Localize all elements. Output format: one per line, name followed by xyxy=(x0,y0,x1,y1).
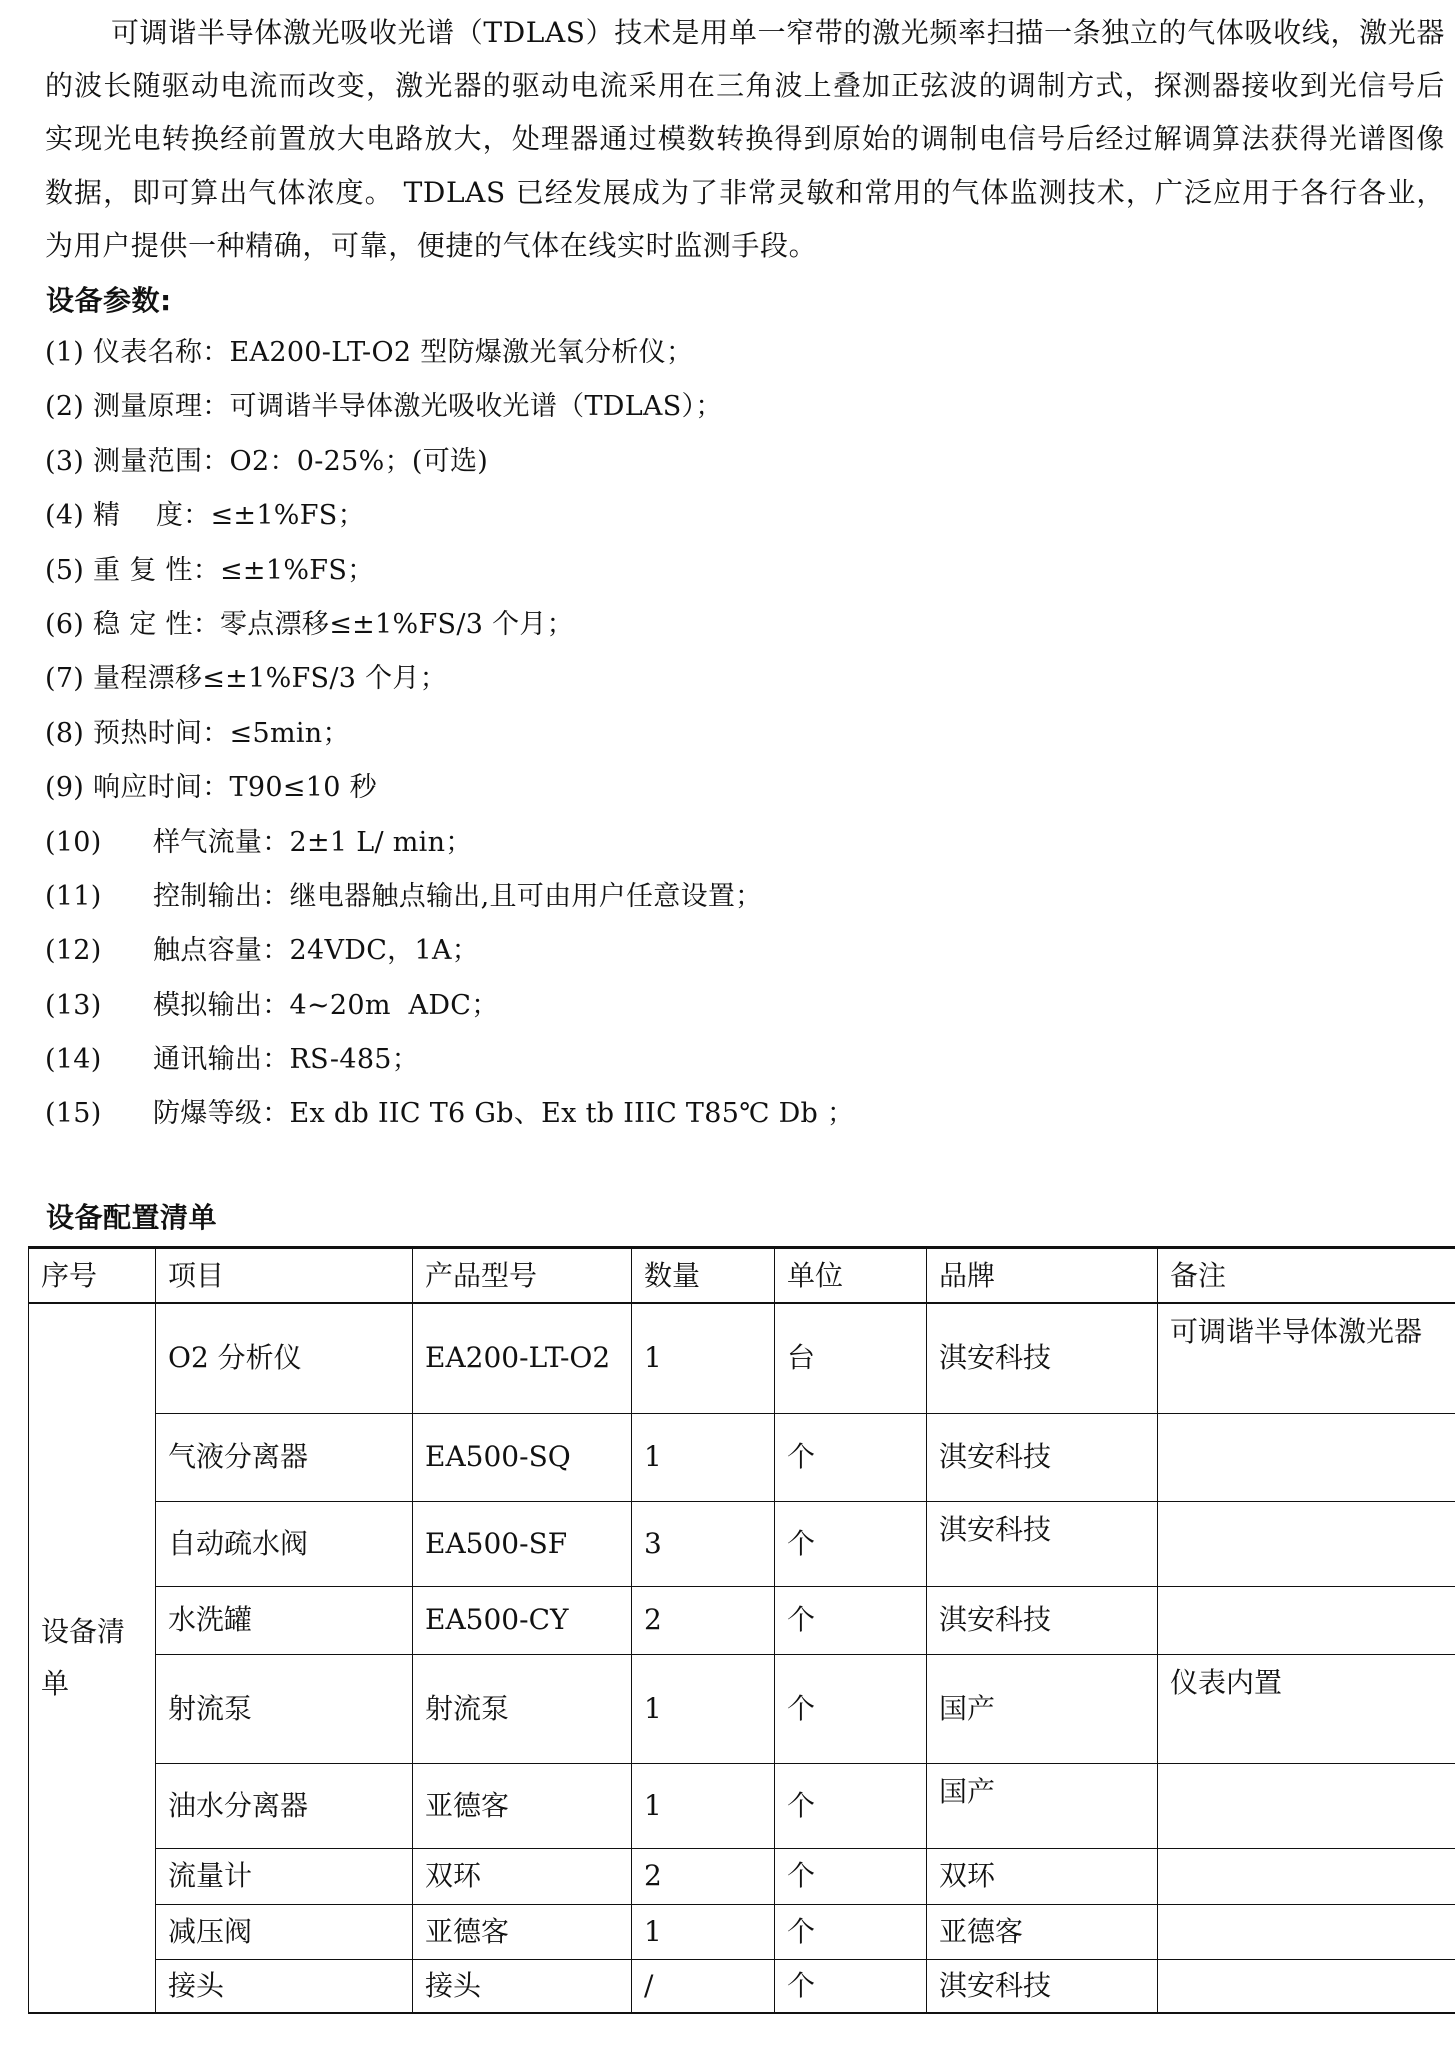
specs-heading: 设备参数: xyxy=(46,281,172,321)
table-row: 油水分离器 亚德客 1 个 国产 xyxy=(29,1763,1455,1848)
spec-item: (2) 测量原理：可调谐半导体激光吸收光谱（TDLAS）； xyxy=(45,380,854,434)
header-cell: 单位 xyxy=(775,1248,927,1304)
spec-item: (9) 响应时间：T90≤10 秒 xyxy=(45,761,854,815)
header-cell: 项目 xyxy=(156,1248,413,1304)
spec-item: (14)通讯输出：RS-485； xyxy=(45,1033,854,1087)
spec-item: (10)样气流量：2±1 L/ min； xyxy=(45,816,854,870)
header-cell: 备注 xyxy=(1158,1248,1455,1304)
spec-item: (8) 预热时间：≤5min； xyxy=(45,707,854,761)
spec-item: (1) 仪表名称：EA200-LT-O2 型防爆激光氧分析仪； xyxy=(45,326,854,380)
table-row: 接头 接头 / 个 淇安科技 xyxy=(29,1959,1455,2013)
table-row: 自动疏水阀 EA500-SF 3 个 淇安科技 xyxy=(29,1501,1455,1586)
header-cell: 品牌 xyxy=(927,1248,1158,1304)
table-row: 水洗罐 EA500-CY 2 个 淇安科技 xyxy=(29,1586,1455,1654)
spec-list: (1) 仪表名称：EA200-LT-O2 型防爆激光氧分析仪； (2) 测量原理… xyxy=(45,326,854,1142)
header-cell: 数量 xyxy=(632,1248,775,1304)
spec-item: (5) 重 复 性：≤±1%FS； xyxy=(45,544,854,598)
table-row: 气液分离器 EA500-SQ 1 个 淇安科技 xyxy=(29,1413,1455,1501)
table-row: 流量计 双环 2 个 双环 xyxy=(29,1848,1455,1904)
spec-item: (11)控制输出：继电器触点输出,且可由用户任意设置； xyxy=(45,870,854,924)
spec-item: (7) 量程漂移≤±1%FS/3 个月； xyxy=(45,652,854,706)
table-row: 设备清单 O2 分析仪 EA200-LT-O2 1 台 淇安科技 可调谐半导体激… xyxy=(29,1303,1455,1413)
spec-item: (12)触点容量：24VDC，1A； xyxy=(45,924,854,978)
table-header-row: 序号 项目 产品型号 数量 单位 品牌 备注 xyxy=(29,1248,1455,1304)
header-cell: 产品型号 xyxy=(413,1248,632,1304)
table-row: 射流泵 射流泵 1 个 国产 仪表内置 xyxy=(29,1654,1455,1763)
spec-item: (6) 稳 定 性：零点漂移≤±1%FS/3 个月； xyxy=(45,598,854,652)
spec-item: (13)模拟输出：4~20m ADC； xyxy=(45,979,854,1033)
spec-item: (15)防爆等级：Ex db IIC T6 Gb、Ex tb IIIC T85℃… xyxy=(45,1087,854,1141)
spec-item: (3) 测量范围：O2：0-25%；(可选) xyxy=(45,435,854,489)
spec-item: (4) 精 度：≤±1%FS； xyxy=(45,489,854,543)
group-label-cell: 设备清单 xyxy=(29,1303,156,2013)
intro-paragraph: 可调谐半导体激光吸收光谱（TDLAS）技术是用单一窄带的激光频率扫描一条独立的气… xyxy=(45,6,1445,272)
header-cell: 序号 xyxy=(29,1248,156,1304)
table-row: 减压阀 亚德客 1 个 亚德客 xyxy=(29,1904,1455,1959)
config-heading: 设备配置清单 xyxy=(46,1198,217,1238)
config-table: 序号 项目 产品型号 数量 单位 品牌 备注 设备清单 O2 分析仪 EA200… xyxy=(28,1246,1455,2014)
